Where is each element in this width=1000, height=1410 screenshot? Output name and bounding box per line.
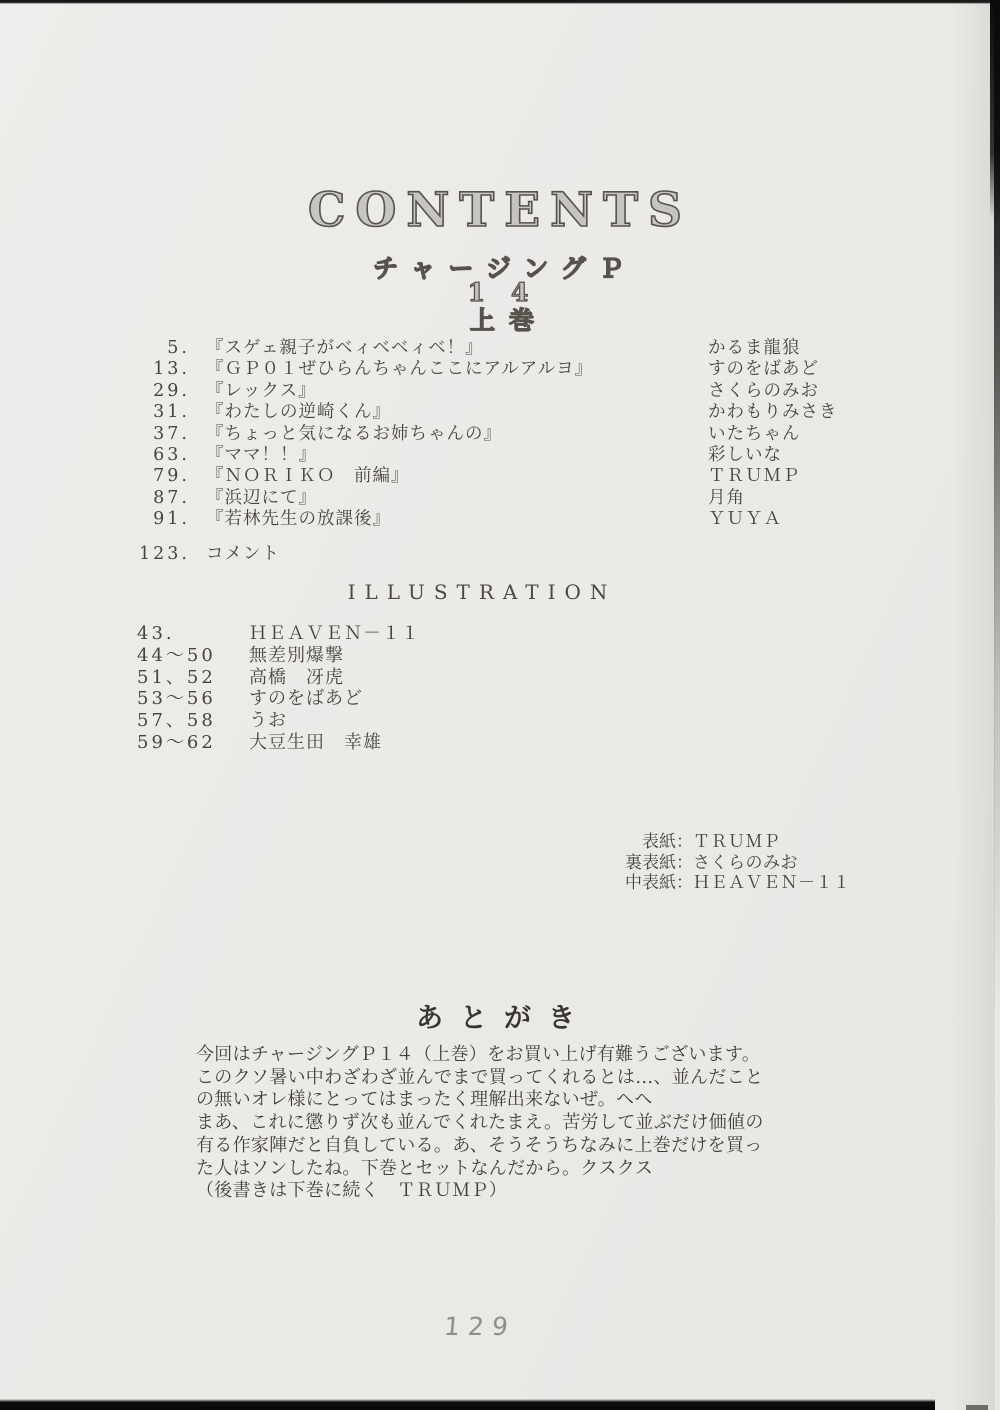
illustration-row: 44〜50 無差別爆撃 <box>137 641 737 663</box>
illustration-pages: 59〜62 <box>137 728 247 754</box>
afterword-heading: あとがき <box>4 996 1000 1035</box>
afterword-line: 有る作家陣だと自負している。あ、そうそうちなみに上巻だけを買っ <box>196 1135 906 1158</box>
illustration-row: 51、52 高橋 冴虎 <box>137 663 737 685</box>
table-of-contents: 5. 『スゲェ親子がベィベベィベ！』 かるま龍狼 13. 『ＧＰ０１ぜひらんちゃ… <box>120 334 920 527</box>
illustration-row: 57、58 うお <box>137 706 737 728</box>
toc-row: 91. 『若林先生の放課後』 ＹＵＹＡ <box>120 505 920 526</box>
toc-row: 29. 『レックス』 さくらのみお <box>120 377 920 398</box>
toc-row: 13. 『ＧＰ０１ぜひらんちゃんここにアルアルヨ』 すのをばあど <box>120 355 920 376</box>
toc-page-number: 91. <box>120 509 190 529</box>
scan-edge-bottom-fragment <box>966 1405 988 1410</box>
scanned-contents-page: CONTENTS チャージングＰ 14 上巻 5. 『スゲェ親子がベィベベィベ！… <box>0 0 1000 1410</box>
credit-value: さくらのみお <box>693 853 798 874</box>
illustration-list: 43. ＨＥＡＶＥＮ－１１ 44〜50 無差別爆撃 51、52 高橋 冴虎 53… <box>137 619 737 750</box>
toc-page-number: 5. <box>120 338 190 358</box>
illustration-heading: ILLUSTRATION <box>0 580 982 604</box>
afterword-line: （後書きは下巻に続く ＴＲＵＭＰ） <box>196 1180 906 1203</box>
afterword-body: 今回はチャージングＰ１４（上巻）をお買い上げ有難うございます。 このクソ暑い中わ… <box>196 1044 906 1203</box>
toc-comment-row: 123. コメント <box>120 540 280 565</box>
illustration-row: 53〜56 すのをばあど <box>137 684 737 706</box>
credit-row: 中表紙： ＨＥＡＶＥＮ－１１ <box>575 873 935 894</box>
credit-label: 裏表紙： <box>575 853 693 874</box>
toc-page-number: 79. <box>120 466 190 486</box>
toc-row: 37. 『ちょっと気になるお姉ちゃんの』 いたちゃん <box>120 420 920 441</box>
toc-row: 31. 『わたしの逆崎くん』 かわもりみさき <box>120 398 920 419</box>
toc-story-title: 『若林先生の放課後』 <box>206 505 708 530</box>
volume-label: 上巻 <box>0 301 1000 337</box>
cover-credits: 表紙： ＴＲＵＭＰ 裏表紙： さくらのみお 中表紙： ＨＥＡＶＥＮ－１１ <box>575 832 935 894</box>
illustration-row: 43. ＨＥＡＶＥＮ－１１ <box>137 619 737 641</box>
credit-value: ＴＲＵＭＰ <box>693 832 781 853</box>
afterword-line: このクソ暑い中わざわざ並んでまで買ってくれるとは…、並んだこと <box>196 1067 906 1090</box>
scan-edge-top <box>0 0 1000 4</box>
page-number: 129 <box>0 1312 981 1341</box>
illustration-artist: 大豆生田 幸雄 <box>249 728 382 754</box>
page-title: CONTENTS <box>0 183 1000 238</box>
credit-label: 中表紙： <box>575 873 693 894</box>
afterword-line: 今回はチャージングＰ１４（上巻）をお買い上げ有難うございます。 <box>196 1044 906 1067</box>
afterword-line: た人はソンしたね。下巻とセットなんだから。クスクス <box>196 1158 906 1181</box>
toc-page-number: 37. <box>120 424 190 444</box>
scan-edge-bottom <box>0 1399 935 1410</box>
credit-label: 表紙： <box>575 832 693 853</box>
credit-row: 表紙： ＴＲＵＭＰ <box>575 832 935 853</box>
credit-row: 裏表紙： さくらのみお <box>575 853 935 874</box>
toc-row: 79. 『ＮＯＲＩＫＯ 前編』 ＴＲＵＭＰ <box>120 462 920 483</box>
credit-value: ＨＥＡＶＥＮ－１１ <box>693 873 851 894</box>
toc-page-number: 13. <box>120 359 190 379</box>
afterword-line: まあ、これに懲りず次も並んでくれたまえ。苦労して並ぶだけ価値の <box>196 1112 906 1135</box>
toc-page-number: 29. <box>120 381 190 401</box>
afterword-line: の無いオレ様にとってはまったく理解出来ないぜ。ヘヘ <box>196 1089 906 1112</box>
toc-page-number: 63. <box>120 445 190 465</box>
toc-page-number: 31. <box>120 402 190 422</box>
toc-row: 5. 『スゲェ親子がベィベベィベ！』 かるま龍狼 <box>120 334 920 355</box>
illustration-row: 59〜62 大豆生田 幸雄 <box>137 728 737 750</box>
toc-author: ＹＵＹＡ <box>708 505 782 530</box>
toc-comment-label: コメント <box>206 540 280 565</box>
toc-page-number: 87. <box>120 488 190 508</box>
toc-page-number: 123. <box>120 544 190 564</box>
